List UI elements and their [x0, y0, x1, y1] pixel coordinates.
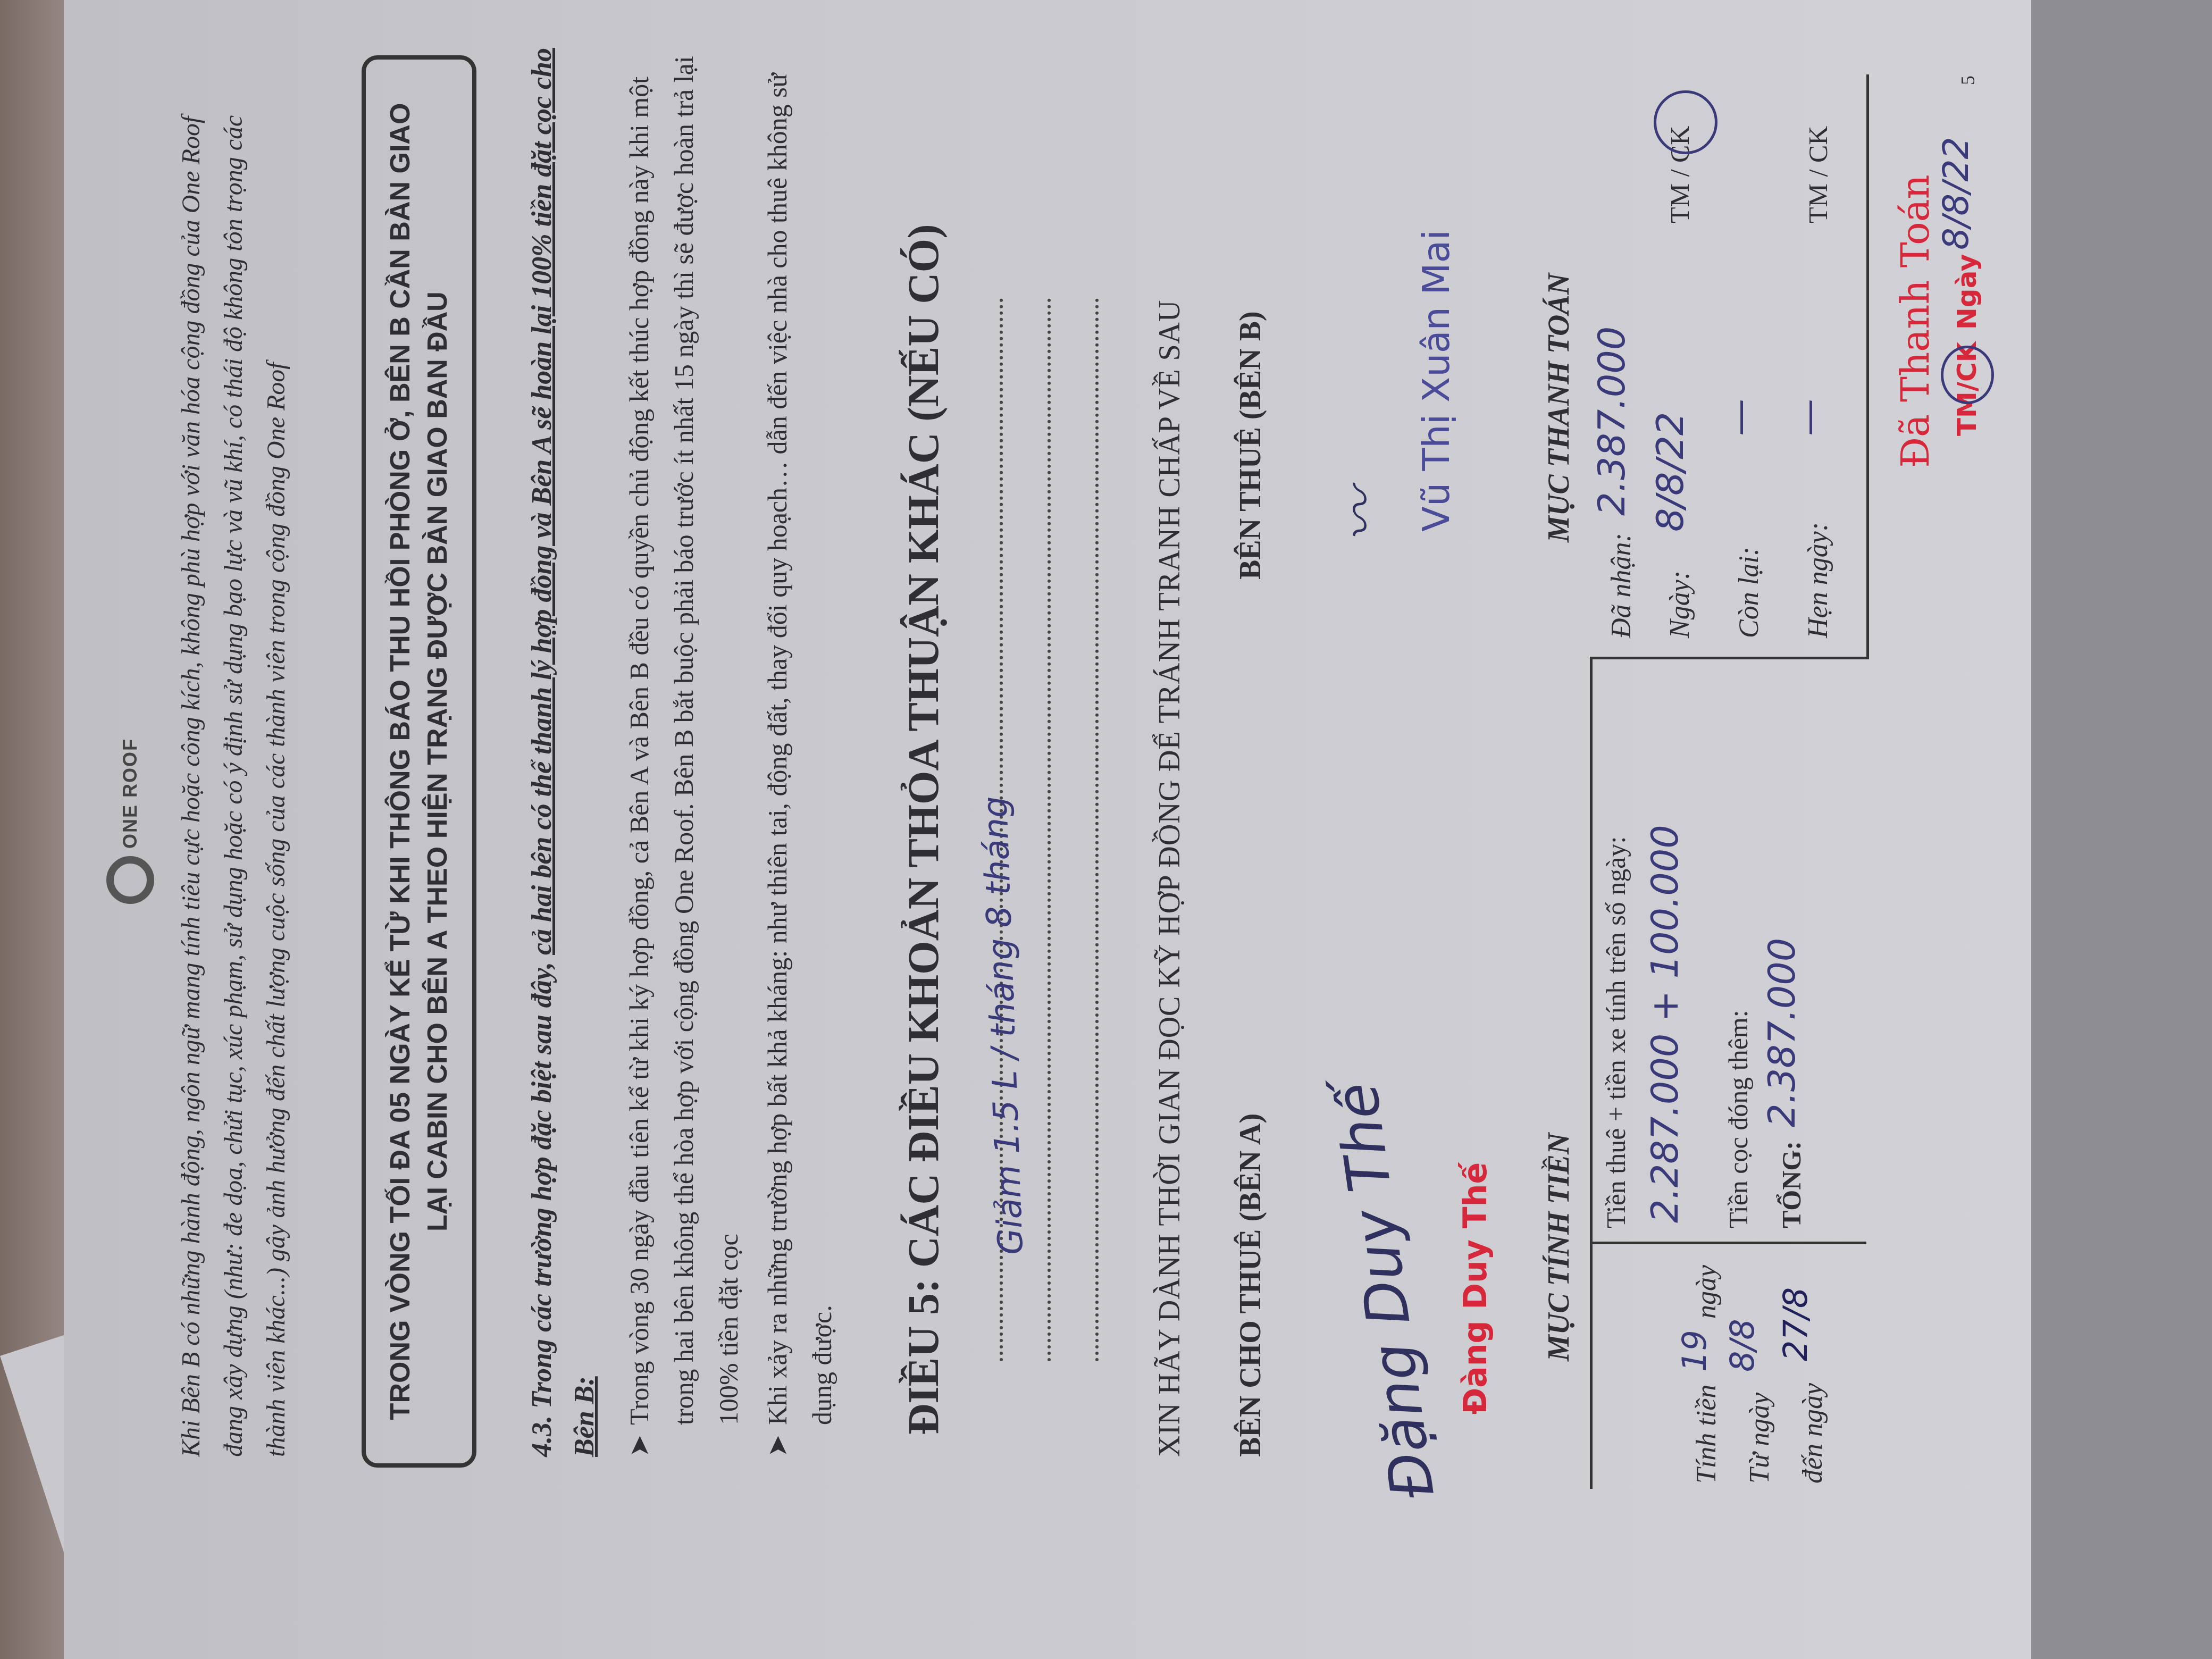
- bullet-2: Khi xảy ra những trường hợp bất khả khán…: [755, 16, 844, 1457]
- reminder-text: XIN HÃY DÀNH THỜI GIAN ĐỌC KỸ HỢP ĐỒNG Đ…: [1149, 300, 1191, 1457]
- article-5-title: ĐIỀU 5: CÁC ĐIỀU KHOẢN THỎA THUẬN KHÁC (…: [899, 0, 949, 1659]
- section-lead: Trong các trường hợp đặc biệt sau đây,: [527, 962, 557, 1409]
- paid-ck-circle: [1941, 346, 1994, 404]
- date-label: Ngày:: [1664, 571, 1696, 638]
- received-label: Đã nhận:: [1606, 533, 1637, 638]
- calc-top-line: [1590, 659, 1593, 1489]
- deposit-label: Tiền cọc đóng thêm:: [1723, 1010, 1754, 1228]
- one-roof-logo: ONE ROOF: [106, 738, 154, 904]
- logo-text: ONE ROOF: [119, 738, 141, 849]
- due-method-options: TM / CK: [1803, 126, 1833, 223]
- to-value: 27/8: [1776, 1287, 1815, 1361]
- from-label: Từ ngày: [1744, 1393, 1775, 1484]
- page-number: 5: [1957, 76, 1979, 85]
- calc-divider: [1590, 1242, 1866, 1244]
- payment-divider: [1590, 657, 1866, 659]
- contract-page: ONE ROOF Khi Bên B có những hành động, n…: [64, 0, 2031, 1659]
- notice-box: TRONG VÒNG TỐI ĐA 05 NGÀY KỂ TỪ KHI THÔN…: [362, 55, 476, 1468]
- paid-stamp-date-label: Ngày: [1951, 254, 1982, 330]
- days-unit: ngày: [1691, 1265, 1722, 1319]
- payment-title: MỤC THANH TOÁN: [1542, 273, 1576, 542]
- calc-title: MỤC TÍNH TIỀN: [1542, 1133, 1576, 1361]
- to-label: đến ngày: [1797, 1383, 1829, 1484]
- date-value: 8/8/22: [1648, 412, 1692, 532]
- party-b-signature-mark: 〰: [1319, 489, 1395, 542]
- rent-label: Tiền thuê + tiền xe tính trên số ngày:: [1601, 836, 1631, 1228]
- handwritten-note: Giảm 1.5 L / tháng 8 tháng: [976, 795, 1031, 1255]
- party-a-stamp-name: Đàng Duy Thế: [1457, 1162, 1494, 1414]
- payment-bottom-line: [1866, 74, 1869, 659]
- party-a-label: BÊN CHO THUÊ (BÊN A): [1234, 1113, 1268, 1457]
- days-value: 19: [1675, 1330, 1714, 1372]
- dotted-line-2: [1048, 298, 1051, 1361]
- ck-selected-circle: [1654, 90, 1717, 154]
- days-label: Tính tiền: [1691, 1385, 1722, 1484]
- remaining-label: Còn lại:: [1733, 547, 1765, 638]
- intro-paragraph: Khi Bên B có những hành động, ngôn ngữ m…: [170, 74, 298, 1457]
- total-value: 2.387.000: [1760, 938, 1804, 1127]
- party-b-label: BÊN THUÊ (BÊN B): [1234, 311, 1268, 580]
- bullet-1: Trong vòng 30 ngày đầu tiên kể từ khi ký…: [617, 16, 751, 1457]
- rotated-page: ONE ROOF Khi Bên B có những hành động, n…: [64, 0, 2031, 1659]
- paid-stamp-date-value: 8/8/22: [1935, 137, 1976, 250]
- dotted-line-3: [1095, 298, 1099, 1361]
- party-b-name: Vũ Thị Xuân Mai: [1414, 230, 1458, 532]
- party-a-signature: Đặng Duy Thế: [1322, 1079, 1447, 1502]
- paid-stamp-title: Đã Thanh Toán: [1893, 174, 1938, 468]
- section-number: 4.3.: [527, 1415, 557, 1457]
- rent-value: 2.287.000 + 100.000: [1643, 825, 1687, 1223]
- due-label: Hẹn ngày:: [1803, 522, 1834, 638]
- due-value: —: [1787, 399, 1830, 436]
- from-value: 8/8: [1723, 1319, 1762, 1372]
- ring-logo-icon: [106, 856, 154, 904]
- received-value: 2.387.000: [1590, 326, 1633, 516]
- remaining-value: —: [1717, 399, 1761, 436]
- total-label: TỔNG:: [1776, 1141, 1807, 1228]
- section-4-3: 4.3. Trong các trường hợp đặc biệt sau đ…: [521, 48, 606, 1457]
